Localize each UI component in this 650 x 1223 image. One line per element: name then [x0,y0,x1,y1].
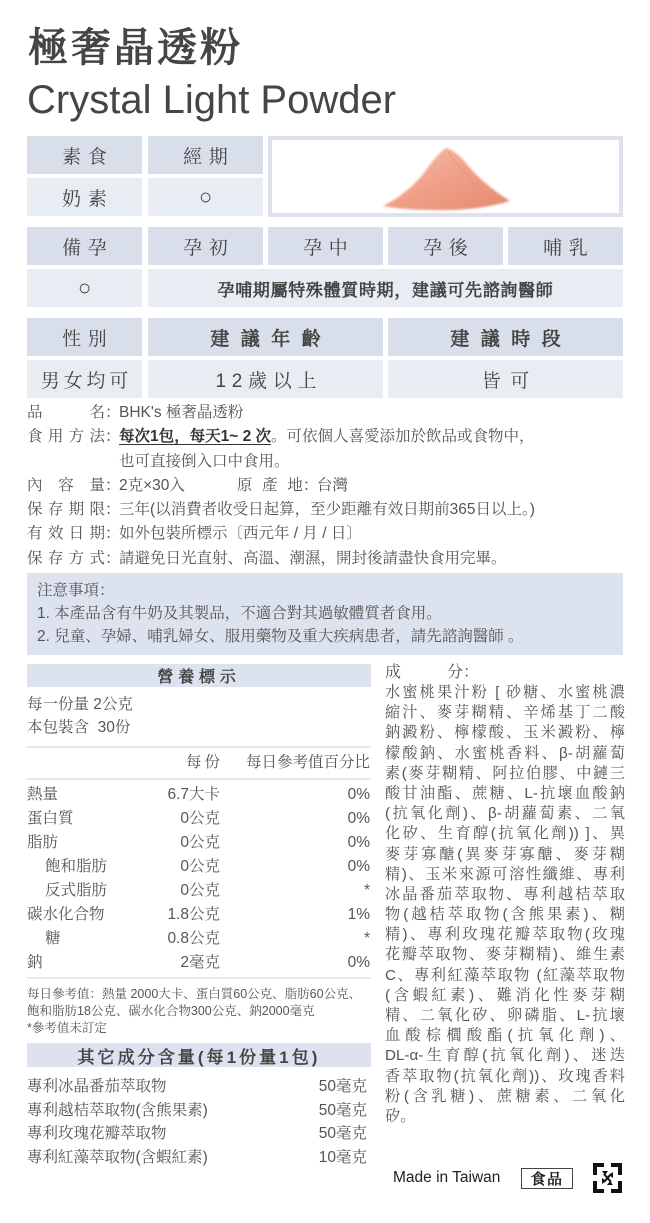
nutrition-row: 糖0.8公克* [27,927,371,951]
info-label: 保存期限 [27,498,105,522]
notice-item: 1. 本產品含有牛奶及其製品，不適合對其過敏體質者食用。 [37,602,623,625]
nutrition-row: 熱量6.7大卡0% [27,783,371,807]
other-ingredients-title: 其它成分含量(每1份量1包) [27,1043,371,1067]
info-value: 三年(以消費者收受日起算，至少距離有效日期前365日以上。) [119,501,535,518]
food-badge: 食品 [521,1168,573,1189]
made-in-taiwan: Made in Taiwan [393,1168,500,1188]
other-ingredient-row: 專利越桔萃取物(含熊果素)50毫克 [27,1099,371,1123]
col-daily-value: 每日參考值百分比 [246,748,370,778]
serving-info: 每一份量 2公克 本包裝含 30份 [27,687,371,739]
ingredient-line: 精)、玉米來源可溶性纖維、專利 [385,865,625,885]
header-suggested-time: 建議時段 [388,318,623,356]
ingredient-line: 化矽、生育醇(抗氧化劑)) ]、異 [385,824,625,844]
notice-item: 2. 兒童、孕婦、哺乳婦女、服用藥物及重大疾病患者，請先諮詢醫師 。 [37,625,623,648]
nutrition-row: 反式脂肪0公克* [27,879,371,903]
value-suggested-time: 皆可 [388,360,623,398]
ingredient-line: (含蝦紅素)、難消化性麥芽糊 [385,986,625,1006]
info-row-usage-cont: 也可直接倒入口中食用。 [27,450,627,474]
ingredient-line: 粉(含乳糖)、蔗糖素、二氧化 [385,1087,625,1107]
info-value: 2克×30入 [119,477,185,494]
info-value: BHK's 極奢晶透粉 [119,404,243,421]
nutrition-row: 脂肪0公克0% [27,831,371,855]
pregnancy-note: 孕哺期屬特殊體質時期，建議可先諮詢醫師 [148,269,623,307]
info-row-content: 內 容 量：2克×30入原 產 地：台灣 [27,474,627,498]
info-value: 請避免日光直射、高溫、潮濕，開封後請盡快食用完畢。 [119,550,507,567]
ingredient-line: 酸甘油酯、蔗糖、L-抗壞血酸鈉 [385,784,625,804]
header-mid-pregnancy: 孕中 [268,227,383,265]
info-label: 有效日期 [27,522,105,546]
header-menstruation: 經期 [148,136,263,174]
other-ingredient-row: 專利紅藻萃取物(含蝦紅素)10毫克 [27,1146,371,1170]
ingredient-line: 香萃取物(抗氧化劑))、玫瑰香料 [385,1067,625,1087]
info-label: 食用方法 [27,425,105,449]
value-suggested-age: 12歲以上 [148,360,383,398]
ingredient-line: 素(麥芽糊精、阿拉伯膠、中鏈三 [385,764,625,784]
ingredient-line: 水蜜桃果汁粉 [ 砂糖、水蜜桃濃 [385,683,625,703]
product-title-zh: 極奢晶透粉 [28,24,243,72]
header-pre-pregnancy: 備孕 [27,227,142,265]
info-value-origin: 台灣 [317,477,348,494]
header-breastfeeding: 哺乳 [508,227,623,265]
other-ingredient-row: 專利冰晶番茄萃取物50毫克 [27,1075,371,1099]
nutrition-row: 碳水化合物1.8公克1% [27,903,371,927]
ingredient-line: 檬酸鈉、水蜜桃香料、β-胡蘿蔔 [385,744,625,764]
usage-dosage: 每次1包，每天1~ 2 次 [119,428,271,445]
header-vegetarian: 素食 [27,136,142,174]
header-early-pregnancy: 孕初 [148,227,263,265]
info-row-name: 品 名：BHK's 極奢晶透粉 [27,401,627,425]
product-info: 品 名：BHK's 極奢晶透粉 食用方法：每次1包，每天1~ 2 次。可依個人喜… [27,401,627,571]
info-label: 保存方式 [27,547,105,571]
value-menstruation: ○ [148,178,263,216]
ingredients-list: 成 分： 水蜜桃果汁粉 [ 砂糖、水蜜桃濃 縮汁、麥芽糊精、辛烯基丁二酸 鈉澱粉… [385,662,625,1127]
powder-pile-icon [272,140,619,213]
product-title-en: Crystal Light Powder [27,76,396,124]
ingredient-line: (抗氧化劑)、β-胡蘿蔔素、二氧 [385,804,625,824]
servings-per-pack: 本包裝含 30份 [27,716,371,739]
notice-box: 注意事項： 1. 本產品含有牛奶及其製品，不適合對其過敏體質者食用。 2. 兒童… [27,573,623,655]
ingredients-label: 成 分： [385,662,625,683]
ingredient-line: DL-α-生育醇(抗氧化劑)、迷迭 [385,1046,625,1066]
nutrition-row: 飽和脂肪0公克0% [27,855,371,879]
nutrition-footnote: 每日參考值：熱量 2000大卡、蛋白質60公克、脂肪60公克、 飽和脂肪18公克… [27,979,371,1037]
value-gender: 男女均可 [27,360,142,398]
info-value: 。可依個人喜愛添加於飲品或食物中， [271,428,535,445]
nutrition-panel: 營養標示 每一份量 2公克 本包裝含 30份 每份 每日參考值百分比 熱量6.7… [27,664,371,1169]
value-pre-pregnancy: ○ [27,269,142,307]
info-row-storage: 保存方式：請避免日光直射、高溫、潮濕，開封後請盡快食用完畢。 [27,547,627,571]
header-late-pregnancy: 孕後 [388,227,503,265]
nutrition-row: 鈉2毫克0% [27,951,371,975]
nutrition-row: 蛋白質0公克0% [27,807,371,831]
info-row-usage: 食用方法：每次1包，每天1~ 2 次。可依個人喜愛添加於飲品或食物中， [27,425,627,449]
recycle-icon [592,1162,623,1194]
ingredient-line: 冰晶番茄萃取物、專利越桔萃取 [385,885,625,905]
ingredient-line: 精)、專利玫瑰花瓣萃取物(玫瑰 [385,925,625,945]
ingredient-line: 精、二氧化矽、卵磷脂、L-抗壞 [385,1006,625,1026]
other-ingredient-row: 專利玫瑰花瓣萃取物50毫克 [27,1122,371,1146]
info-label-origin: 原 產 地 [237,474,303,498]
product-image [268,136,623,217]
ingredient-line: 矽。 [385,1107,625,1127]
info-row-shelf-life: 保存期限：三年(以消費者收受日起算，至少距離有效日期前365日以上。) [27,498,627,522]
ingredient-line: 縮汁、麥芽糊精、辛烯基丁二酸 [385,703,625,723]
info-label: 品 名 [27,401,105,425]
info-row-expiry: 有效日期：如外包裝所標示〔西元年 / 月 / 日〕 [27,522,627,546]
ingredient-line: 麥芽寡醣(異麥芽寡醣、麥芽糊 [385,845,625,865]
nutrition-column-headers: 每份 每日參考值百分比 [27,748,371,778]
ingredient-line: 血酸棕櫚酸酯(抗氧化劑)、 [385,1026,625,1046]
info-label: 內 容 量 [27,474,105,498]
ingredient-line: C、專利紅藻萃取物 (紅藻萃取物 [385,966,625,986]
serving-size: 每一份量 2公克 [27,693,371,716]
col-per-serving: 每份 [186,748,223,778]
ingredient-line: 物(越桔萃取物(含熊果素)、糊 [385,905,625,925]
value-vegetarian: 奶素 [27,178,142,216]
header-gender: 性別 [27,318,142,356]
header-suggested-age: 建議年齡 [148,318,383,356]
info-value: 如外包裝所標示〔西元年 / 月 / 日〕 [119,525,362,542]
ingredient-line: 花瓣萃取物、麥芽糊精)、維生素 [385,945,625,965]
info-value: 也可直接倒入口中食用。 [119,453,290,470]
notice-title: 注意事項： [37,579,623,602]
ingredient-line: 鈉澱粉、檸檬酸、玉米澱粉、檸 [385,723,625,743]
nutrition-title: 營養標示 [27,664,371,687]
